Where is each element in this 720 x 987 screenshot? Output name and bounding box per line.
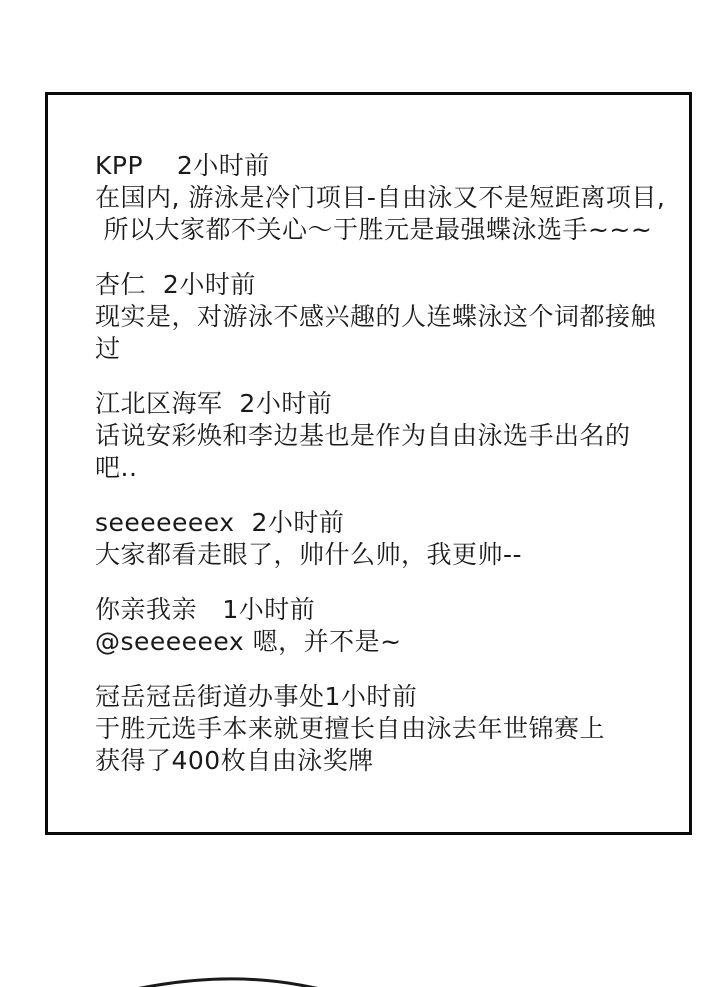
comment-username: KPP [95, 151, 143, 180]
comment-timestamp: 1小时前 [222, 595, 315, 624]
comment-username: 你亲我亲 [95, 595, 197, 624]
comment-text: 话说安彩焕和李边基也是作为自由泳选手出名的吧.. [95, 420, 671, 484]
comment-item: 江北区海军 2小时前 话说安彩焕和李边基也是作为自由泳选手出名的吧.. [95, 388, 671, 484]
comment-header: seeeeeeex 2小时前 [95, 507, 671, 539]
comment-username: seeeeeeex [95, 508, 235, 537]
comic-page: { "page": { "background_color": "#ffffff… [0, 0, 720, 987]
comment-separator [235, 508, 252, 537]
comment-header: 冠岳冠岳街道办事处1小时前 [95, 681, 671, 713]
comment-item: 冠岳冠岳街道办事处1小时前 于胜元选手本来就更擅长自由泳去年世锦赛上 获得了40… [95, 681, 671, 777]
comment-text: 大家都看走眼了，帅什么帅，我更帅-- [95, 539, 671, 571]
comment-header: 杏仁 2小时前 [95, 269, 671, 301]
comment-text: 于胜元选手本来就更擅长自由泳去年世锦赛上 获得了400枚自由泳奖牌 [95, 713, 671, 777]
comment-timestamp: 2小时前 [239, 389, 332, 418]
comment-timestamp: 2小时前 [163, 270, 256, 299]
comment-header: 江北区海军 2小时前 [95, 388, 671, 420]
comment-timestamp: 2小时前 [251, 508, 344, 537]
comment-timestamp: 2小时前 [177, 151, 270, 180]
comment-item: KPP 2小时前 在国内, 游泳是冷门项目-自由泳又不是短距离项目, 所以大家都… [95, 150, 671, 246]
comment-panel: KPP 2小时前 在国内, 游泳是冷门项目-自由泳又不是短距离项目, 所以大家都… [45, 92, 692, 835]
comment-text: 现实是，对游泳不感兴趣的人连蝶泳这个词都接触过 [95, 301, 671, 365]
comment-username: 江北区海军 [95, 389, 223, 418]
comment-item: 你亲我亲 1小时前 @seeeeeex 嗯，并不是~ [95, 594, 671, 658]
comment-separator [143, 151, 177, 180]
comment-text: @seeeeeex 嗯，并不是~ [95, 626, 671, 658]
comment-text: 在国内, 游泳是冷门项目-自由泳又不是短距离项目, 所以大家都不关心～于胜元是最… [95, 182, 671, 246]
comment-item: seeeeeeex 2小时前 大家都看走眼了，帅什么帅，我更帅-- [95, 507, 671, 571]
comment-separator [197, 595, 222, 624]
comment-header: KPP 2小时前 [95, 150, 671, 182]
speech-bubble-arc [0, 963, 720, 987]
comment-separator [223, 389, 240, 418]
comment-header: 你亲我亲 1小时前 [95, 594, 671, 626]
comment-username: 杏仁 [95, 270, 146, 299]
comment-separator [146, 270, 163, 299]
comment-username: 冠岳冠岳街道办事处 [95, 682, 325, 711]
comment-timestamp: 1小时前 [325, 682, 418, 711]
comment-item: 杏仁 2小时前 现实是，对游泳不感兴趣的人连蝶泳这个词都接触过 [95, 269, 671, 365]
